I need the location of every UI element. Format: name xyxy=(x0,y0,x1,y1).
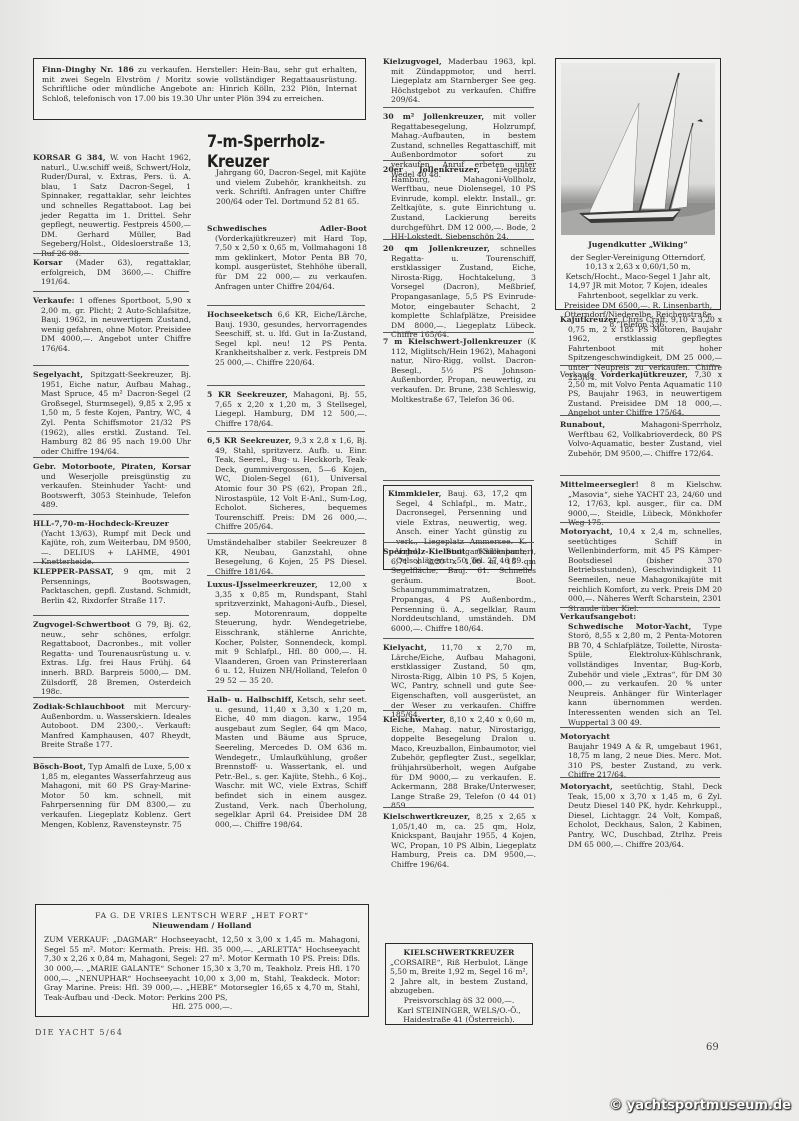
ad-divider xyxy=(383,807,534,808)
ad-title: FA G. DE VRIES LENTSCH WERF „HET FORT“ xyxy=(44,911,360,921)
classified-ad: Kielyacht, 11,70 x 2,70 m, Lärche/Eiche,… xyxy=(383,643,536,720)
classified-ad: Kielschwertkreuzer, 8,25 x 2,65 x 1,05/1… xyxy=(383,812,536,870)
classified-ad: Halb- u. Halbschiff, Ketsch, sehr seet. … xyxy=(207,695,367,829)
ad-title: Kimmkieler, xyxy=(388,489,441,498)
classified-ad: Zugvogel-Schwertboot G 79, Bj. 62, neuw.… xyxy=(33,620,191,697)
ad-text: Spitzgatt-Seekreuzer, Bj. 1951, Eiche na… xyxy=(41,370,191,456)
ad-divider xyxy=(207,690,365,691)
ad-title: Motoryacht, xyxy=(560,782,613,791)
ad-text: (Yacht 13/63), Rumpf mit Deck und Kajüte… xyxy=(41,529,191,567)
ad-divider xyxy=(383,480,534,481)
ad-title: Vorderkajütkreuzer, xyxy=(601,370,688,379)
ad-divider xyxy=(33,291,189,292)
ad-title: Mittelmeersegler! xyxy=(560,480,639,489)
ad-text: schnelles Regatta- u. Tourenschiff, erst… xyxy=(391,244,536,339)
classified-ad: Segelyacht, Spitzgatt-Seekreuzer, Bj. 19… xyxy=(33,370,191,456)
ad-text: seetüchtig, Stahl, Deck Teak, 15,00 x 3,… xyxy=(568,782,722,849)
classified-ad: Schwedisches Adler-Boot (Vorderkajütkreu… xyxy=(207,224,367,291)
classified-ad: Motoryacht, seetüchtig, Stahl, Deck Teak… xyxy=(560,782,722,849)
headline-line-1: 7-m-Sperrholz- xyxy=(207,132,325,152)
ad-subtitle: Nieuwendam / Holland xyxy=(44,921,360,931)
ad-divider xyxy=(33,757,189,758)
ad-title: 5 KR Seekreuzer, xyxy=(207,390,288,399)
classified-ad: Sperrholz-Kielboot (Knickspanter), 6,71 … xyxy=(383,547,536,633)
ad-title: HLL-7,70-m-Hochdeck-Kreuzer xyxy=(33,519,169,528)
classified-ad: Luxus-IJsselmeerkreuzer, 12,00 x 3,35 x … xyxy=(207,580,367,686)
ad-divider xyxy=(383,239,534,240)
ad-title: Bösch-Boot, xyxy=(33,762,86,771)
ad-divider xyxy=(560,727,720,728)
classified-ad: Verkaufe Vorderkajütkreuzer, 7,30 x 2,50… xyxy=(560,370,722,418)
classified-ad: Zodiak-Schlauchboot mit Mercury-Außenbor… xyxy=(33,702,191,750)
headline-ad-text: Jahrgang 60, Dacron-Segel, mit Kajüte un… xyxy=(216,168,366,206)
ad-divider xyxy=(33,365,189,366)
classified-ad: 5 KR Seekreuzer, Mahagoni, Bj. 55, 7,65 … xyxy=(207,390,367,428)
ad-title: Finn-Dinghy Nr. 186 xyxy=(42,65,134,74)
ad-divider xyxy=(33,615,189,616)
ad-text: 12,00 x 3,35 x 0,85 m, Rundspant, Stahl … xyxy=(215,580,367,685)
classified-ad: MotoryachtBaujahr 1949 A & R, umgebaut 1… xyxy=(560,732,722,780)
classified-ad: 20 qm Jollenkreuzer, schnelles Regatta- … xyxy=(383,244,536,340)
ad-title: Halb- u. Halbschiff, xyxy=(207,695,294,704)
ad-divider xyxy=(383,542,534,543)
ad-title: KIELSCHWERTKREUZER xyxy=(390,948,528,958)
ad-text: Ketsch, sehr seet. u. gesund, 11,40 x 3,… xyxy=(215,695,367,829)
headline: 7-m-Sperrholz- Kreuzer xyxy=(207,132,325,172)
classified-ad: 20er Jollenkreuzer, Liegeplatz Hamburg, … xyxy=(383,165,536,242)
classified-ad: Bösch-Boot, Typ Amalfi de Luxe, 5,00 x 1… xyxy=(33,762,191,829)
ad-last-line: Hfl. 275 000,—. xyxy=(44,1002,360,1012)
ad-title: KORSAR G 384, xyxy=(33,153,106,162)
ad-title: Runabout, xyxy=(560,420,605,429)
classified-ad: Korsar (Mader 63), regattaklar, erfolgre… xyxy=(33,258,191,287)
ad-divider xyxy=(560,607,720,608)
ad-title: 7 m Kielschwert-Jollenkreuzer xyxy=(383,337,522,346)
ad-title: Motoryacht, xyxy=(560,527,613,536)
ad-prefix: Verkaufe xyxy=(560,370,601,379)
ad-divider xyxy=(383,107,534,108)
ad-text: Liegeplatz Hamburg, Mahagoni-Vollholz, W… xyxy=(391,165,536,241)
ad-text: (Vorderkajütkreuzer) mit Hard Top, 7,50 … xyxy=(215,234,367,291)
classified-ad: Hochseeketsch 6,6 KR, Eiche/Lärche, Bauj… xyxy=(207,310,367,368)
ad-divider xyxy=(560,522,720,523)
sailboat-image xyxy=(561,63,715,235)
ad-divider xyxy=(560,475,720,476)
ad-subtitle: Schwedische Motor-Yacht, xyxy=(568,622,691,631)
ad-divider xyxy=(383,160,534,161)
ad-divider xyxy=(207,305,365,306)
ad-contact: Karl STEININGER, WELS/O.-Ö., xyxy=(390,1006,528,1016)
ad-divider xyxy=(207,533,365,534)
ad-title: Kajütkreuzer, xyxy=(560,315,619,324)
ad-text: 9,3 x 2,8 x 1,6, Bj. 49, Stahl, spritzve… xyxy=(215,436,367,531)
classified-ad: HLL-7,70-m-Hochdeck-Kreuzer (Yacht 13/63… xyxy=(33,519,191,567)
classified-ad: Kielschwerter, 8,10 x 2,40 x 0,60 m, Eic… xyxy=(383,715,536,811)
classified-ad: KORSAR G 384, W. von Hacht 1962, naturl.… xyxy=(33,153,191,259)
corsaire-ad-box: KIELSCHWERTKREUZER „CORSAIRE“, Riß Herbu… xyxy=(385,943,533,1025)
ad-text: (Mader 63), regattaklar, erfolgreich, DM… xyxy=(41,258,191,286)
ad-title: Kielyacht, xyxy=(383,643,427,652)
ad-text: Type Storö, 8,55 x 2,80 m, 2 Penta-Motor… xyxy=(568,622,722,727)
ad-title: Korsar xyxy=(33,258,62,267)
ad-divider xyxy=(33,457,189,458)
ad-divider xyxy=(207,431,365,432)
ad-divider xyxy=(33,253,189,254)
classified-ad: Mittelmeersegler! 8 m Kielschw. „Masovia… xyxy=(560,480,722,528)
ad-title: 6,5 KR Seekreuzer, xyxy=(207,436,291,445)
ad-text: „CORSAIRE“, Riß Herbulot, Länge 5,50 m, … xyxy=(390,958,528,996)
classified-ad: Kielzugvogel, Maderbau 1963, kpl. mit Zü… xyxy=(383,57,536,105)
ad-title: Zugvogel-Schwertboot xyxy=(33,620,130,629)
ad-divider xyxy=(207,575,365,576)
sailboat-photo xyxy=(561,63,715,235)
classified-ad: Motoryacht, 10,4 x 2,4 m, schnelles, see… xyxy=(560,527,722,613)
ad-title: Kielschwertkreuzer, xyxy=(383,812,470,821)
ad-title: Kielzugvogel, xyxy=(383,57,442,66)
ad-title: Schwedisches Adler-Boot xyxy=(207,224,367,233)
ad-title: Luxus-IJsselmeerkreuzer, xyxy=(207,580,318,589)
ad-address: Haidestraße 41 (Österreich). xyxy=(390,1015,528,1025)
ad-text: Baujahr 1949 A & R, umgebaut 1961, 18,75… xyxy=(568,742,722,780)
watermark: © yachtsportmuseum.de xyxy=(609,1098,791,1113)
classified-ad: 6,5 KR Seekreuzer, 9,3 x 2,8 x 1,6, Bj. … xyxy=(207,436,367,532)
ad-title: 20er Jollenkreuzer, xyxy=(383,165,480,174)
ad-divider xyxy=(560,777,720,778)
ad-title: Zodiak-Schlauchboot xyxy=(33,702,125,711)
page-number: 69 xyxy=(706,1042,719,1053)
classified-ad: Gebr. Motorboote, Piraten, Korsar und We… xyxy=(33,462,191,510)
ad-divider xyxy=(383,710,534,711)
ad-text: Jahrgang 60, Dacron-Segel, mit Kajüte un… xyxy=(216,168,366,206)
ad-title: Sperrholz-Kielboot xyxy=(383,547,466,556)
ad-divider xyxy=(383,332,534,333)
ad-title: Jugendkutter „Wiking“ xyxy=(560,240,716,250)
ad-divider xyxy=(383,638,534,639)
ad-title: 30 m² Jollenkreuzer, xyxy=(383,112,484,121)
ad-divider xyxy=(33,514,189,515)
ad-text: Umständehalber stabiler Seekreuzer 8 KR,… xyxy=(207,538,367,576)
classified-ad: Verkaufsangebot:Schwedische Motor-Yacht,… xyxy=(560,612,722,727)
ad-divider xyxy=(560,415,720,416)
ad-price: Preisvorschlag öS 32 000,—. xyxy=(390,996,528,1006)
ad-divider xyxy=(560,365,720,366)
ad-title: 20 qm Jollenkreuzer, xyxy=(383,244,490,253)
ad-title: Verkaufe: xyxy=(33,296,75,305)
classified-ad: 7 m Kielschwert-Jollenkreuzer (K 112, Mi… xyxy=(383,337,536,404)
ad-text: ZUM VERKAUF: „DAGMAR“ Hochseeyacht, 12,5… xyxy=(44,935,360,1002)
classified-ad: Verkaufe: 1 offenes Sportboot, 5,90 x 2,… xyxy=(33,296,191,354)
classified-ad: Runabout, Mahagoni-Sperrholz, Werftbau 6… xyxy=(560,420,722,458)
ad-title: Hochseeketsch xyxy=(207,310,273,319)
ad-text: und Weserjolle preisgünstig zu verkaufen… xyxy=(41,472,191,510)
ad-text: 11,70 x 2,70 m, Lärche/Eiche, Aufbau Mah… xyxy=(391,643,536,719)
ad-text: (Knickspanter), 6,71 x 2,20 x 1,00 m, 15… xyxy=(391,547,536,633)
ad-title: Segelyacht, xyxy=(33,370,83,379)
magazine-page: Finn-Dinghy Nr. 186 zu verkaufen. Herste… xyxy=(0,0,799,1121)
ad-text: Typ Amalfi de Luxe, 5,00 x 1,85 m, elega… xyxy=(41,762,191,829)
de-vries-ad-box: FA G. DE VRIES LENTSCH WERF „HET FORT“ N… xyxy=(35,904,369,1017)
ad-title: Motoryacht xyxy=(560,732,610,741)
finn-dinghy-ad-box: Finn-Dinghy Nr. 186 zu verkaufen. Herste… xyxy=(33,58,366,120)
magazine-footer: DIE YACHT 5/64 xyxy=(35,1028,123,1037)
ad-divider xyxy=(207,385,365,386)
classified-ad: KLEPPER-PASSAT, 9 qm, mit 2 Persennings,… xyxy=(33,567,191,605)
ad-divider xyxy=(33,562,189,563)
ad-title: Verkaufsangebot: xyxy=(560,612,636,621)
ad-divider xyxy=(33,697,189,698)
ad-title: Gebr. Motorboote, Piraten, Korsar xyxy=(33,462,191,471)
ad-text: 10,4 x 2,4 m, schnelles, seetüchtiges Sc… xyxy=(568,527,722,613)
ad-title: KLEPPER-PASSAT, xyxy=(33,567,114,576)
ad-text: G 79, Bj. 62, neuw., sehr schönes, erfol… xyxy=(41,620,191,696)
ad-text: W. von Hacht 1962, naturl., U.w.schiff w… xyxy=(41,153,191,258)
classified-ad: Umständehalber stabiler Seekreuzer 8 KR,… xyxy=(207,538,367,576)
ad-text: 8,10 x 2,40 x 0,60 m, Eiche, Mahag. natu… xyxy=(391,715,536,810)
ad-title: Kielschwerter, xyxy=(383,715,446,724)
ad-text: (K 112, Miglitsch/Hein 1962), Mahagoni n… xyxy=(391,337,536,404)
